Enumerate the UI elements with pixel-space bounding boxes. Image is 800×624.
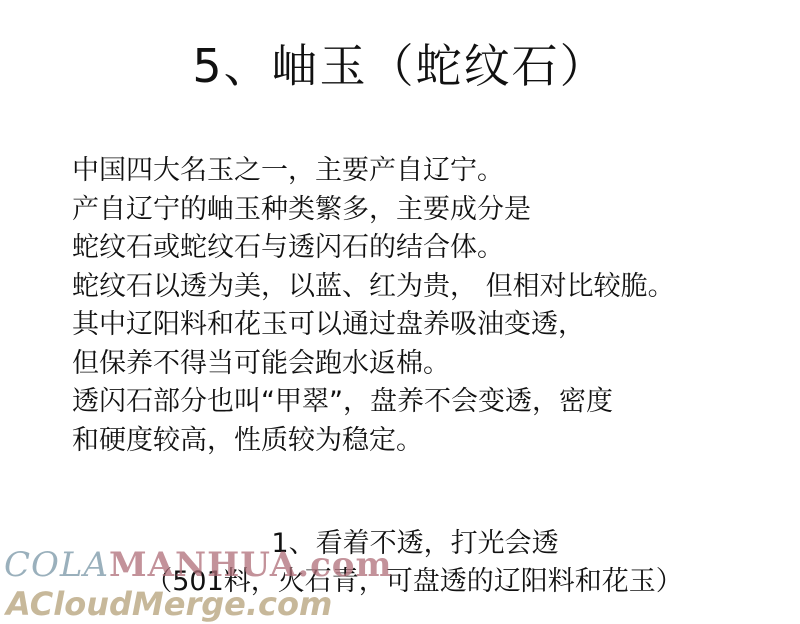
subsection-heading: 1、看着不透，打光会透 [0,525,800,563]
subsection: 1、看着不透，打光会透 （501料，火石青，可盘透的辽阳料和花玉） [0,525,800,601]
paragraph-line: 蛇纹石以透为美，以蓝、红为贵， 但相对比较脆。 [72,268,792,307]
paragraph-line: 其中辽阳料和花玉可以通过盘养吸油变透， [72,306,792,345]
paragraph-line: 和硬度较高，性质较为稳定。 [72,422,792,461]
subsection-detail: （501料，火石青，可盘透的辽阳料和花玉） [0,563,800,601]
paragraph-line: 蛇纹石或蛇纹石与透闪石的结合体。 [72,229,792,268]
paragraph-line: 透闪石部分也叫“甲翠”，盘养不会变透，密度 [72,383,792,422]
paragraph-line: 中国四大名玉之一，主要产自辽宁。 [72,152,792,191]
description-paragraph: 中国四大名玉之一，主要产自辽宁。 产自辽宁的岫玉种类繁多，主要成分是 蛇纹石或蛇… [72,152,792,460]
paragraph-line: 但保养不得当可能会跑水返棉。 [72,345,792,384]
paragraph-line: 产自辽宁的岫玉种类繁多，主要成分是 [72,191,792,230]
page-title: 5、岫玉（蛇纹石） [0,34,800,98]
